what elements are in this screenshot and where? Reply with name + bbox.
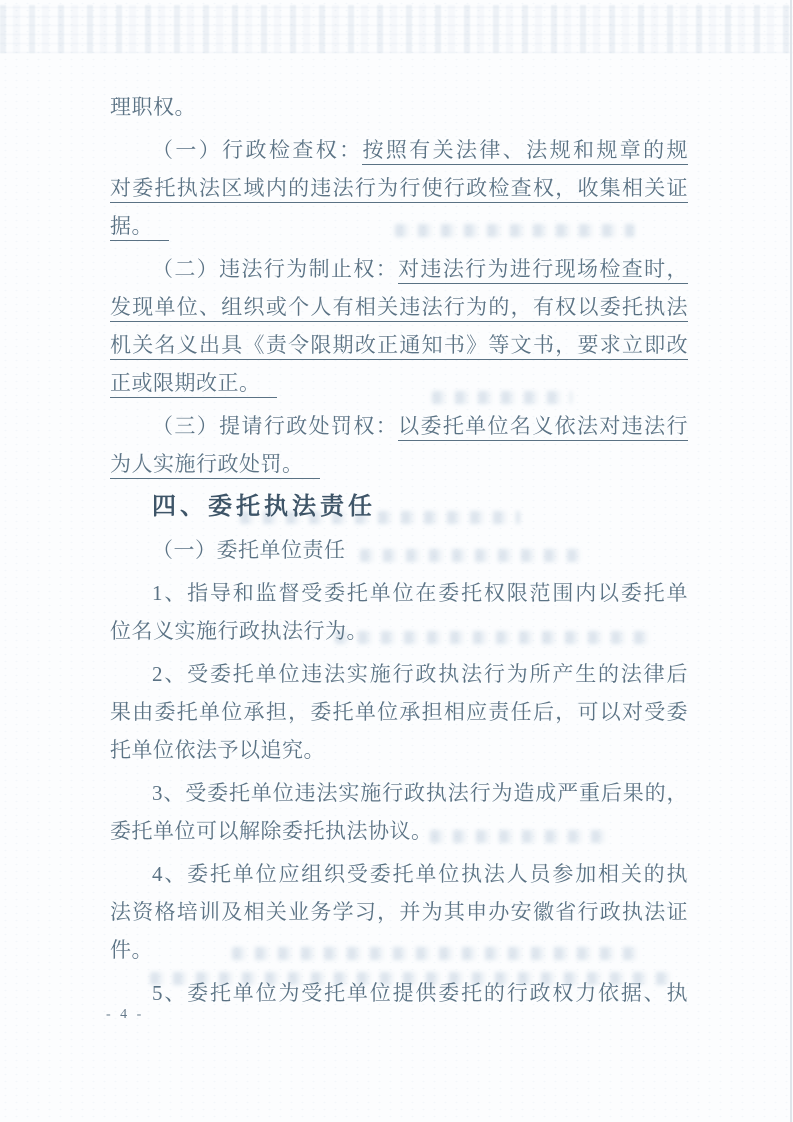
text-line: 托单位依法予以追究。 (110, 731, 688, 769)
text-segment: 4、委托单位应组织受委托单位执法人员参加相关的执 (152, 862, 688, 886)
text-line: 机关名义出具《责令限期改正通知书》等文书，要求立即改 (110, 326, 688, 364)
text-segment: 四、委托执法责任 (152, 493, 376, 520)
underlined-text-segment: 发现单位、组织或个人有相关违法行为的，有权以委托执法 (110, 295, 688, 322)
text-segment: 2、受委托单位违法实施行政执法行为所产生的法律后 (152, 662, 688, 686)
text-line: 果由委托单位承担，委托单位承担相应责任后，可以对受委 (110, 693, 688, 731)
underlined-text-segment: 正或限期改正。 (110, 371, 277, 398)
text-line: 据。 (110, 207, 688, 245)
scan-edge-line (790, 0, 792, 1122)
underlined-text-segment: 机关名义出具《责令限期改正通知书》等文书，要求立即改 (110, 333, 688, 360)
text-segment: 5、委托单位为受托单位提供委托的行政权力依据、执 (152, 981, 688, 1005)
text-segment: （一）委托单位责任 (152, 538, 346, 562)
text-segment: 3、受委托单位违法实施行政执法行为造成严重后果的， (152, 781, 688, 805)
text-segment: 1、指导和监督受委托单位在委托权限范围内以委托单 (152, 581, 688, 605)
text-segment: 位名义实施行政执法行为。 (110, 619, 368, 643)
text-line: （二）违法行为制止权：对违法行为进行现场检查时， (110, 250, 688, 288)
text-line: 2、受委托单位违法实施行政执法行为所产生的法律后 (110, 655, 688, 693)
text-line: 5、委托单位为受托单位提供委托的行政权力依据、执 (110, 974, 688, 1012)
text-line: 位名义实施行政执法行为。 (110, 612, 688, 650)
text-segment: 果由委托单位承担，委托单位承担相应责任后，可以对受委 (110, 700, 688, 724)
text-line: 法资格培训及相关业务学习，并为其申办安徽省行政执法证 (110, 893, 688, 931)
scan-noise-band (0, 5, 793, 53)
text-segment: 理职权。 (110, 95, 196, 119)
text-line: 发现单位、组织或个人有相关违法行为的，有权以委托执法 (110, 288, 688, 326)
text-line: 为人实施行政处罚。 (110, 445, 688, 483)
text-line: （一）委托单位责任 (110, 531, 688, 569)
text-line: 件。 (110, 931, 688, 969)
underlined-text-segment: 对违法行为进行现场检查时， (398, 257, 688, 284)
text-line: 理职权。 (110, 88, 688, 126)
underlined-text-segment: 据。 (110, 214, 169, 241)
text-line: 对委托执法区域内的违法行为行使行政检查权，收集相关证 (110, 169, 688, 207)
text-line: 4、委托单位应组织受委托单位执法人员参加相关的执 (110, 855, 688, 893)
text-segment: 件。 (110, 938, 153, 962)
page-number: - 4 - (106, 1007, 144, 1023)
document-body: 理职权。（一）行政检查权：按照有关法律、法规和规章的规定，对委托执法区域内的违法… (110, 88, 688, 1012)
text-segment: （三）提请行政处罚权： (152, 414, 398, 438)
text-line: 委托单位可以解除委托执法协议。 (110, 812, 688, 850)
text-segment: 法资格培训及相关业务学习，并为其申办安徽省行政执法证 (110, 900, 688, 924)
text-segment: 委托单位可以解除委托执法协议。 (110, 819, 433, 843)
section-heading: 四、委托执法责任 (110, 488, 688, 526)
text-segment: （一）行政检查权： (152, 138, 362, 162)
text-line: 3、受委托单位违法实施行政执法行为造成严重后果的， (110, 774, 688, 812)
text-line: 1、指导和监督受委托单位在委托权限范围内以委托单 (110, 574, 688, 612)
underlined-text-segment: 为人实施行政处罚。 (110, 452, 320, 479)
text-line: （三）提请行政处罚权：以委托单位名义依法对违法行 (110, 407, 688, 445)
underlined-text-segment: 对委托执法区域内的违法行为行使行政检查权，收集相关证 (110, 176, 688, 203)
text-segment: （二）违法行为制止权： (152, 257, 398, 281)
text-line: 正或限期改正。 (110, 364, 688, 402)
underlined-text-segment: 以委托单位名义依法对违法行 (398, 414, 688, 441)
text-line: （一）行政检查权：按照有关法律、法规和规章的规定， (110, 131, 688, 169)
text-segment: 托单位依法予以追究。 (110, 738, 325, 762)
